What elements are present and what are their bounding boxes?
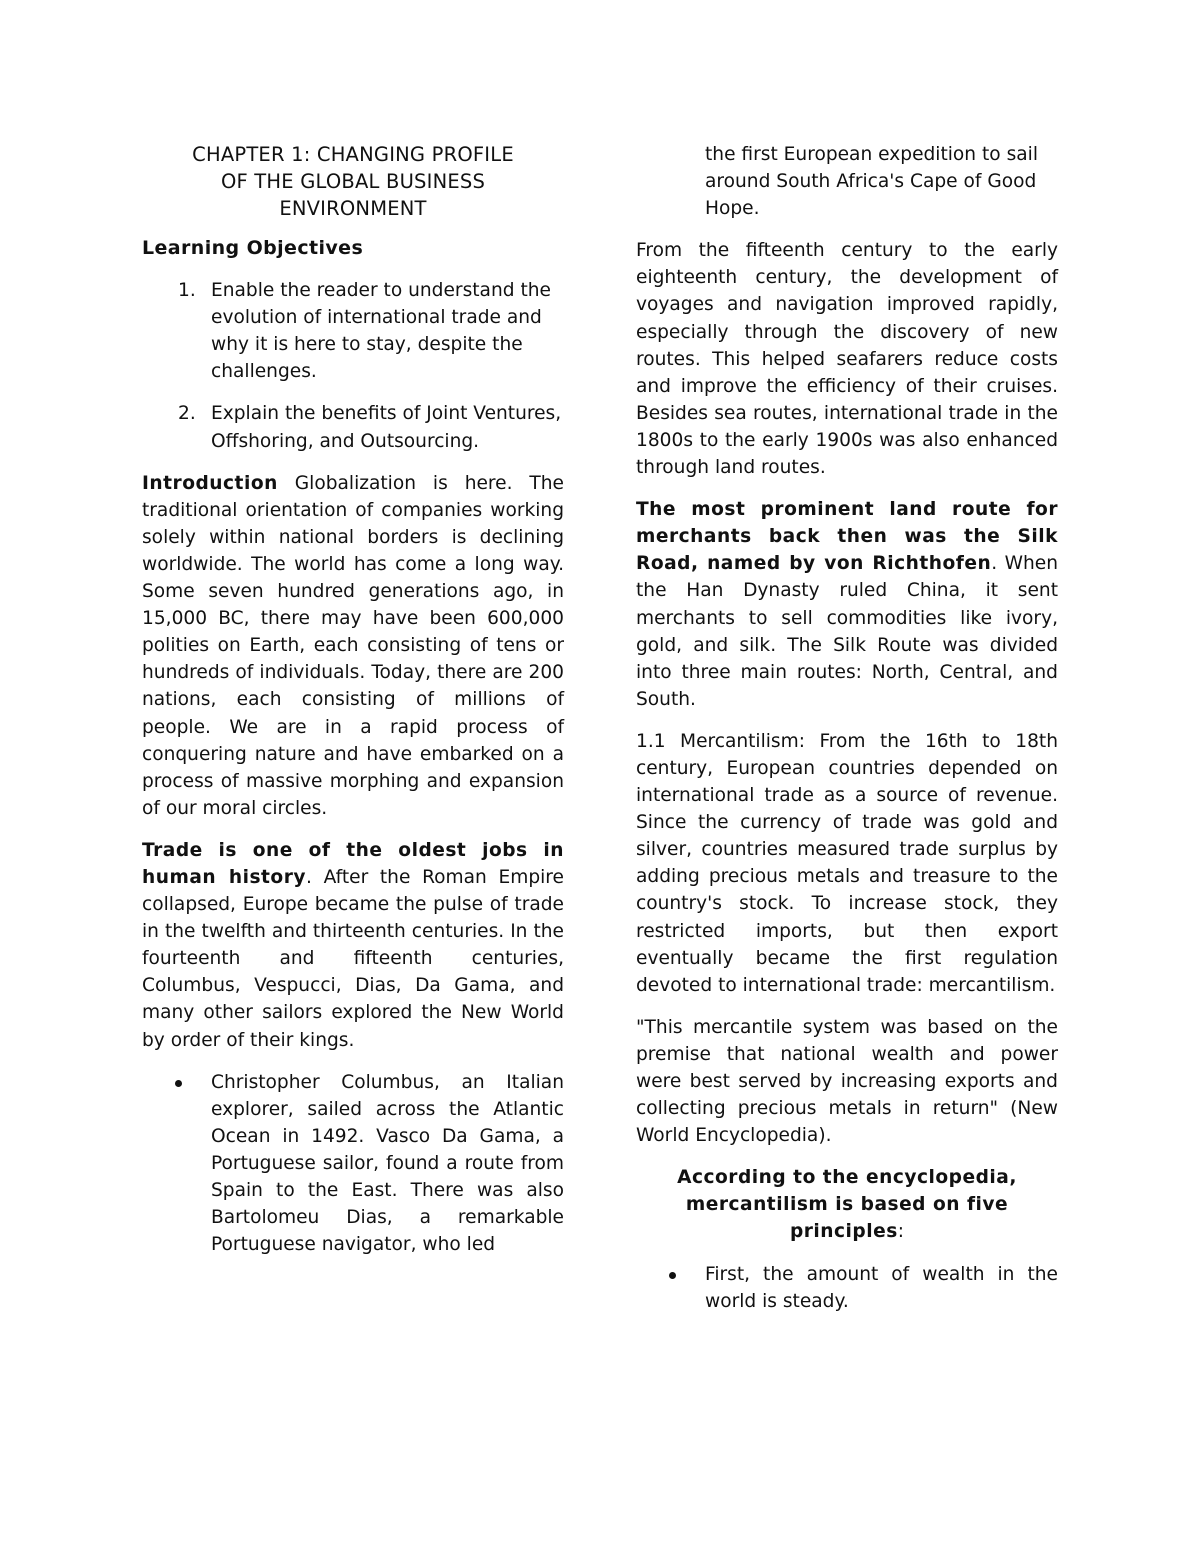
title-line-2: OF THE GLOBAL BUSINESS (221, 170, 485, 193)
learning-objectives-heading: Learning Objectives (142, 235, 564, 262)
list-number: 2. (178, 400, 196, 427)
title-line-1: CHAPTER 1: CHANGING PROFILE (192, 143, 514, 166)
explorer-bullet-text: Christopher Columbus, an Italian explore… (211, 1072, 564, 1256)
right-column: the first European expedition to sail ar… (636, 141, 1058, 1330)
silk-road-paragraph: The most prominent land route for mercha… (636, 496, 1058, 713)
principles-heading-colon: : (898, 1221, 904, 1242)
bullet-icon (669, 1272, 676, 1279)
objectives-list: 1. Enable the reader to understand the e… (142, 277, 564, 455)
principle-text: First, the amount of wealth in the world… (705, 1264, 1058, 1312)
principles-heading: According to the encyclopedia, mercantil… (636, 1164, 1058, 1245)
introduction-paragraph: Introduction Globalization is here. The … (142, 470, 564, 822)
voyages-paragraph: From the fifteenth century to the early … (636, 237, 1058, 481)
explorers-list: Christopher Columbus, an Italian explore… (142, 1069, 564, 1259)
principles-heading-bold: According to the encyclopedia, mercantil… (677, 1167, 1017, 1242)
left-column: CHAPTER 1: CHANGING PROFILE OF THE GLOBA… (142, 141, 564, 1273)
objective-text: Explain the benefits of Joint Ventures, … (211, 403, 561, 451)
explorer-bullet-continuation: the first European expedition to sail ar… (636, 141, 1058, 222)
objective-text: Enable the reader to understand the evol… (211, 280, 551, 382)
list-number: 1. (178, 277, 196, 304)
introduction-text: Globalization is here. The traditional o… (142, 473, 564, 819)
bullet-icon (175, 1080, 182, 1087)
mercantilism-paragraph: 1.1 Mercantilism: From the 16th to 18th … (636, 728, 1058, 999)
introduction-label: Introduction (142, 473, 278, 494)
silk-road-text: . When the Han Dynasty ruled China, it s… (636, 553, 1058, 709)
principle-item: First, the amount of wealth in the world… (636, 1261, 1058, 1315)
explorer-bullet-item: Christopher Columbus, an Italian explore… (142, 1069, 564, 1259)
trade-paragraph: Trade is one of the oldest jobs in human… (142, 837, 564, 1054)
chapter-title: CHAPTER 1: CHANGING PROFILE OF THE GLOBA… (142, 141, 564, 222)
objective-item: 1. Enable the reader to understand the e… (142, 277, 564, 385)
principles-list: First, the amount of wealth in the world… (636, 1261, 1058, 1315)
quote-paragraph: "This mercantile system was based on the… (636, 1014, 1058, 1149)
title-line-3: ENVIRONMENT (279, 197, 426, 220)
objective-item: 2. Explain the benefits of Joint Venture… (142, 400, 564, 454)
trade-text: . After the Roman Empire collapsed, Euro… (142, 867, 564, 1051)
